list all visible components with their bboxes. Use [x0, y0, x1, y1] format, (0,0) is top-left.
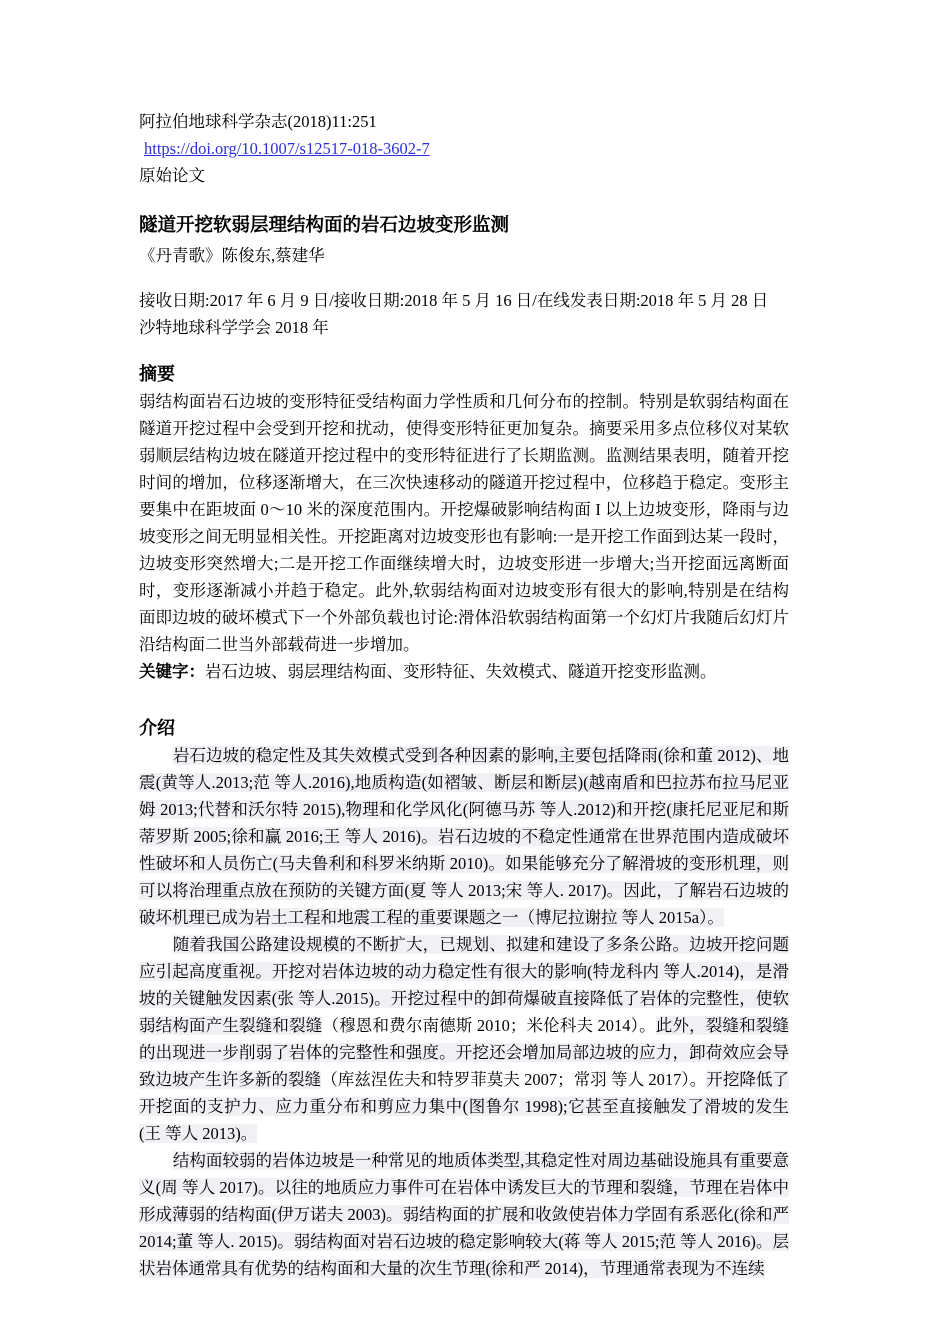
- intro-paragraph: 岩石边坡的稳定性及其失效模式受到各种因素的影响,主要包括降雨(徐和董 2012)…: [139, 742, 789, 931]
- keywords-label: 关键字：: [139, 662, 205, 681]
- abstract-heading: 摘要: [139, 361, 789, 388]
- doi-line: https://doi.org/10.1007/s12517-018-3602-…: [139, 135, 789, 162]
- abstract-text: 弱结构面岩石边坡的变形特征受结构面力学性质和几何分布的控制。特别是软弱结构面在隧…: [139, 388, 789, 658]
- authors-line: 《丹青歌》陈俊东,蔡建华: [139, 241, 789, 271]
- text-segment: （穆恩和费尔南德斯 2010；米伦科夫 2014）。: [322, 1016, 655, 1035]
- document-content: 阿拉伯地球科学杂志(2018)11:251 https://doi.org/10…: [139, 108, 789, 1282]
- text-segment: 结构面较弱的岩体边坡是一种常见的地质体类型,其稳定性对周边基础设施具有重要意义(…: [139, 1151, 789, 1278]
- intro-paragraph: 随着我国公路建设规模的不断扩大，已规划、拟建和建设了多条公路。边坡开挖问题应引起…: [139, 931, 789, 1147]
- introduction-heading: 介绍: [139, 715, 789, 742]
- keywords-text: 岩石边坡、弱层理结构面、变形特征、失效模式、隧道开挖变形监测。: [205, 662, 717, 681]
- doi-link[interactable]: https://doi.org/10.1007/s12517-018-3602-…: [144, 139, 430, 158]
- text-segment: （库兹涅佐夫和特罗菲莫夫 2007；常羽 等人 2017）。: [321, 1070, 706, 1089]
- society-line: 沙特地球科学学会 2018 年: [139, 314, 789, 341]
- article-type-label: 原始论文: [139, 162, 789, 189]
- introduction-body: 岩石边坡的稳定性及其失效模式受到各种因素的影响,主要包括降雨(徐和董 2012)…: [139, 742, 789, 1282]
- journal-line: 阿拉伯地球科学杂志(2018)11:251: [139, 108, 789, 135]
- dates-line: 接收日期:2017 年 6 月 9 日/接收日期:2018 年 5 月 16 日…: [139, 287, 789, 314]
- keywords-line: 关键字：岩石边坡、弱层理结构面、变形特征、失效模式、隧道开挖变形监测。: [139, 658, 789, 685]
- intro-paragraph: 结构面较弱的岩体边坡是一种常见的地质体类型,其稳定性对周边基础设施具有重要意义(…: [139, 1147, 789, 1282]
- article-title: 隧道开挖软弱层理结构面的岩石边坡变形监测: [139, 211, 789, 241]
- text-segment: 岩石边坡的稳定性及其失效模式受到各种因素的影响,主要包括降雨(徐和董 2012)…: [139, 746, 789, 927]
- document-page: 阿拉伯地球科学杂志(2018)11:251 https://doi.org/10…: [0, 0, 926, 1342]
